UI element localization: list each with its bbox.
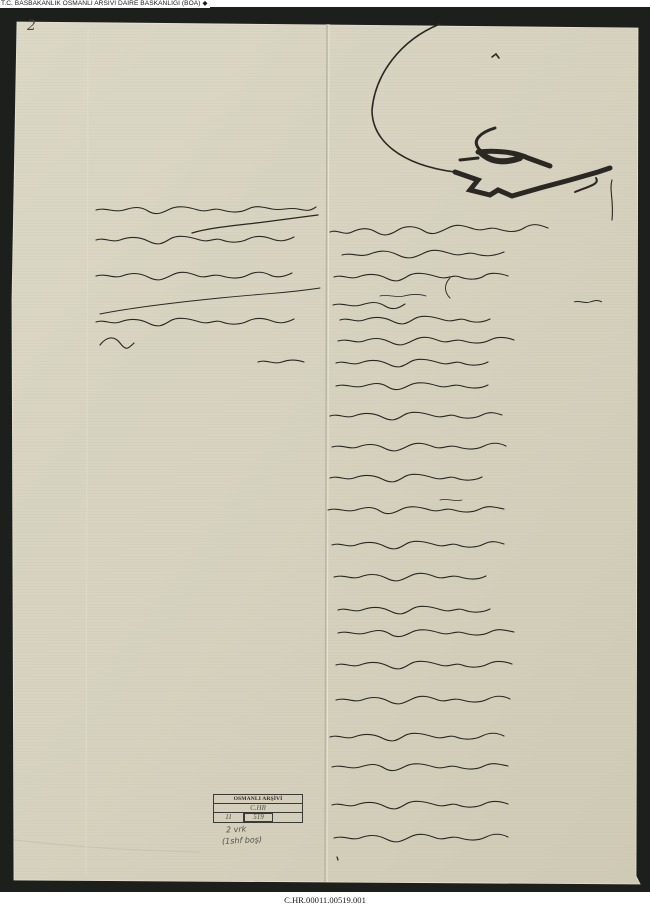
pencil-note-page-count: 2 vrk (226, 824, 247, 834)
diamond-icon: ◆ (202, 0, 207, 8)
archive-stamp-title: OSMANLI ARŞİVİ (214, 795, 302, 804)
archive-box-number: 11 (214, 813, 244, 822)
archive-stamp-extra (273, 813, 302, 822)
document-scan-illustration (0, 0, 650, 912)
archive-stamp-fond: C.HR (214, 804, 302, 813)
document-sheet: 2 OSMANLI ARŞİVİ C.HR 11 519 2 vrk (1shf… (0, 0, 650, 912)
archive-header-banner: T.C. BASBAKANLIK OSMANLI ARSIVI DAIRE BA… (0, 0, 210, 8)
document-reference-caption: C.HR.00011.00519.001 (0, 895, 650, 905)
archive-header-text: T.C. BASBAKANLIK OSMANLI ARSIVI DAIRE BA… (1, 0, 200, 7)
page-number: 2 (27, 18, 36, 34)
archive-stamp: OSMANLI ARŞİVİ C.HR 11 519 (213, 794, 303, 823)
archive-item-number: 519 (244, 813, 273, 822)
archive-stamp-row: 11 519 (214, 813, 302, 822)
